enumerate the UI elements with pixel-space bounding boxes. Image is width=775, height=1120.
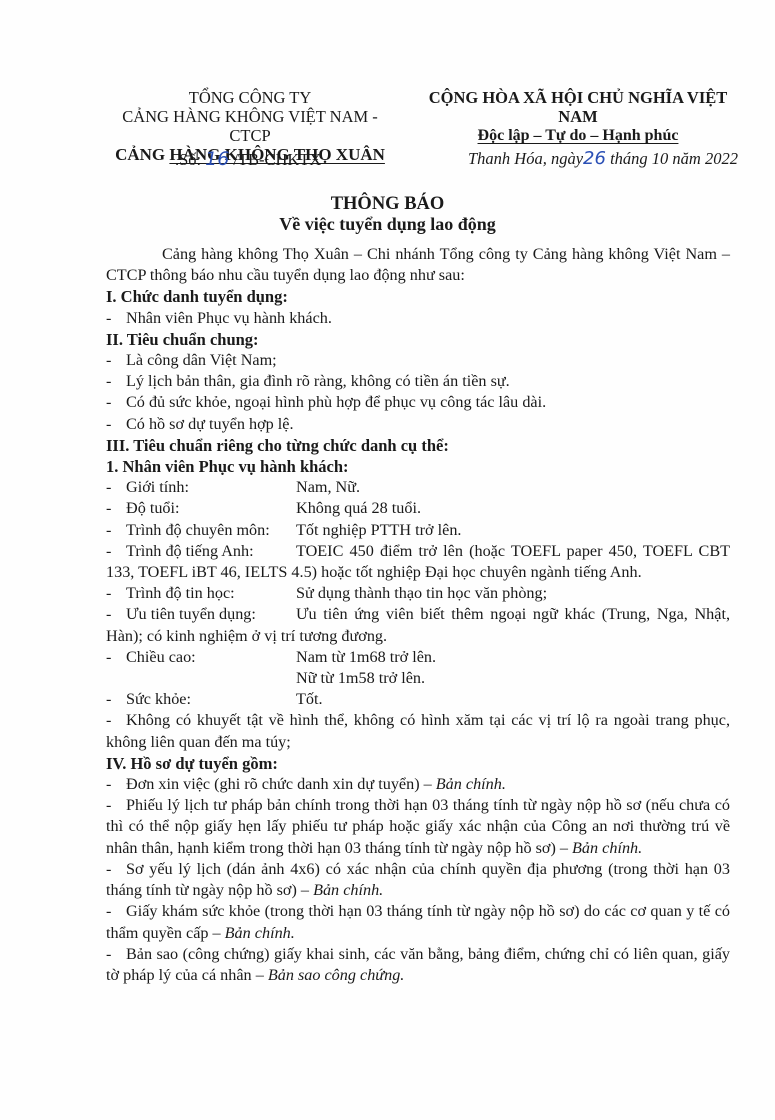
criteria-label: Ưu tiên tuyển dụng:	[126, 604, 296, 625]
criteria-value: Nam từ 1m68 trở lên.	[296, 647, 730, 668]
section-1-heading: I. Chức danh tuyển dụng:	[106, 286, 730, 307]
list-item: -Là công dân Việt Nam;	[106, 350, 730, 371]
criteria-row-priority: -Ưu tiên tuyển dụng:Ưu tiên ứng viên biế…	[106, 604, 730, 646]
section-2-heading: II. Tiêu chuẩn chung:	[106, 329, 730, 350]
handwritten-day: 26	[583, 148, 606, 169]
document-subtitle: Về việc tuyển dụng lao động	[0, 214, 775, 235]
criteria-value: Tốt.	[296, 689, 730, 710]
criteria-value: Sử dụng thành thạo tin học văn phòng;	[296, 583, 730, 604]
country-name: CỘNG HÒA XÃ HỘI CHỦ NGHĨA VIỆT NAM	[408, 88, 748, 126]
criteria-label: Độ tuổi:	[126, 499, 180, 517]
criteria-value: Nữ từ 1m58 trở lên.	[296, 668, 730, 689]
criteria-row-english: -Trình độ tiếng Anh:TOEIC 450 điểm trở l…	[106, 541, 730, 583]
list-item: -Có đủ sức khỏe, ngoại hình phù hợp để p…	[106, 392, 730, 413]
criteria-row: -Độ tuổi: Không quá 28 tuổi.	[106, 498, 730, 519]
criteria-row: -Chiều cao: Nam từ 1m68 trở lên.	[106, 647, 730, 668]
document-item: -Bản sao (công chứng) giấy khai sinh, cá…	[106, 944, 730, 986]
criteria-value: Tốt nghiệp PTTH trở lên.	[296, 520, 730, 541]
criteria-row-continued: Nữ từ 1m58 trở lên.	[106, 668, 730, 689]
document-number: .Số:16/TB-CHKTX	[175, 148, 321, 170]
criteria-value: Nam, Nữ.	[296, 477, 730, 498]
org-parent-line2: CẢNG HÀNG KHÔNG VIỆT NAM - CTCP	[100, 107, 400, 145]
criteria-row: -Sức khỏe: Tốt.	[106, 689, 730, 710]
document-item: -Đơn xin việc (ghi rõ chức danh xin dự t…	[106, 774, 730, 795]
section-3-heading: III. Tiêu chuẩn riêng cho từng chức danh…	[106, 435, 730, 456]
national-motto: Độc lập – Tự do – Hạnh phúc	[408, 126, 748, 145]
document-item: -Giấy khám sức khỏe (trong thời hạn 03 t…	[106, 901, 730, 943]
criteria-row: -Trình độ tin học: Sử dụng thành thạo ti…	[106, 583, 730, 604]
list-item: -Lý lịch bản thân, gia đình rõ ràng, khô…	[106, 371, 730, 392]
handwritten-number: 16	[205, 148, 229, 170]
section-4-heading: IV. Hồ sơ dự tuyển gồm:	[106, 753, 730, 774]
issue-date: Thanh Hóa, ngày26 tháng 10 năm 2022	[468, 148, 738, 169]
criteria-label: Giới tính:	[126, 478, 189, 496]
national-header: CỘNG HÒA XÃ HỘI CHỦ NGHĨA VIỆT NAM Độc l…	[408, 88, 748, 145]
criteria-label: Trình độ tiếng Anh:	[126, 541, 296, 562]
document-item: -Phiếu lý lịch tư pháp bản chính trong t…	[106, 795, 730, 859]
criteria-label: Chiều cao:	[126, 648, 196, 666]
criteria-row: -Giới tính: Nam, Nữ.	[106, 477, 730, 498]
document-item: -Sơ yếu lý lịch (dán ảnh 4x6) có xác nhậ…	[106, 859, 730, 901]
intro-paragraph: Cảng hàng không Thọ Xuân – Chi nhánh Tổn…	[106, 244, 730, 286]
list-item: -Có hồ sơ dự tuyển hợp lệ.	[106, 414, 730, 435]
criteria-value: Không quá 28 tuổi.	[296, 498, 730, 519]
criteria-label: Trình độ chuyên môn:	[126, 521, 270, 539]
criteria-label: Trình độ tin học:	[126, 584, 235, 602]
criteria-extra: -Không có khuyết tật về hình thể, không …	[106, 710, 730, 752]
document-page: TỔNG CÔNG TY CẢNG HÀNG KHÔNG VIỆT NAM - …	[0, 0, 775, 1120]
document-body: Cảng hàng không Thọ Xuân – Chi nhánh Tổn…	[130, 244, 730, 986]
criteria-label: Sức khỏe:	[126, 690, 191, 708]
org-parent-line1: TỔNG CÔNG TY	[100, 88, 400, 107]
criteria-row: -Trình độ chuyên môn: Tốt nghiệp PTTH tr…	[106, 520, 730, 541]
section-3-subheading: 1. Nhân viên Phục vụ hành khách:	[106, 456, 730, 477]
list-item: -Nhân viên Phục vụ hành khách.	[106, 308, 730, 329]
document-title: THÔNG BÁO	[0, 194, 775, 215]
